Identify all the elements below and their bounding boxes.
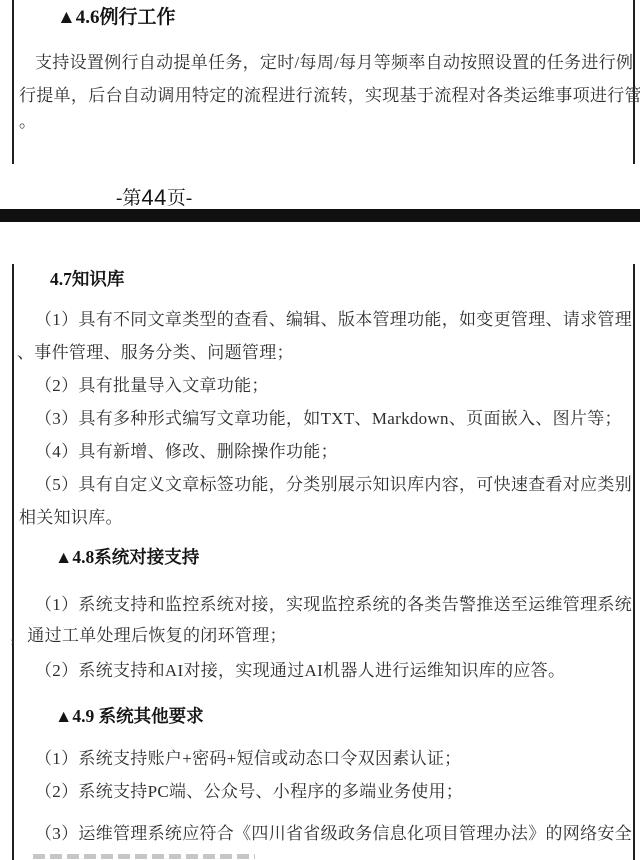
paragraph-line: 支持设置例行自动提单任务，定时/每周/每月等频率自动按照设置的任务进行例: [35, 53, 633, 73]
list-item-line: （2）系统支持PC端、公众号、小程序的多端业务使用；: [35, 782, 463, 802]
section-heading-4-6: ▲4.6例行工作: [57, 7, 176, 29]
page-break-bar: [0, 209, 640, 222]
section-heading-4-9: ▲4.9 系统其他要求: [55, 706, 204, 727]
list-item-line: （2）具有批量导入文章功能；: [35, 376, 269, 396]
clipped-text-line: [33, 854, 255, 859]
list-item-line: 、事件管理、服务分类、问题管理；: [17, 343, 294, 363]
paragraph-line: 。: [19, 112, 36, 132]
page-number-prefix: -第: [116, 188, 141, 209]
list-item-line: （1）系统支持和监控系统对接，实现监控系统的各类告警推送至运维管理系统: [35, 595, 632, 615]
list-item-line: （5）具有自定义文章标签功能，分类别展示知识库内容，可快速查看对应类别: [35, 475, 632, 495]
section-heading-4-7: 4.7知识库: [50, 269, 124, 290]
cell-border-right: [633, 0, 635, 164]
page-number: -第44页-: [116, 183, 192, 210]
list-item-line: ，通过工单处理后恢复的闭环管理；: [10, 626, 287, 646]
cell-border-right: [633, 264, 635, 860]
page-number-value: 44: [141, 185, 166, 210]
document-viewport: ▲4.6例行工作 支持设置例行自动提单任务，定时/每周/每月等频率自动按照设置的…: [0, 0, 640, 860]
list-item-line: （2）系统支持和AI对接，实现通过AI机器人进行运维知识库的应答。: [35, 661, 565, 681]
list-item-line: （1）系统支持账户+密码+短信或动态口令双因素认证；: [35, 749, 461, 769]
list-item-line: （3）运维管理系统应符合《四川省省级政务信息化项目管理办法》的网络安全: [35, 824, 632, 844]
list-item-line: 相关知识库。: [19, 508, 123, 528]
list-item-line: （4）具有新增、修改、删除操作功能；: [35, 442, 338, 462]
list-item-line: （1）具有不同文章类型的查看、编辑、版本管理功能，如变更管理、请求管理: [35, 310, 632, 330]
paragraph-line: 行提单，后台自动调用特定的流程进行流转，实现基于流程对各类运维事项进行管控: [19, 86, 640, 106]
page-number-suffix: 页-: [167, 188, 192, 209]
cell-border-left: [12, 264, 14, 860]
list-item-line: （3）具有多种形式编写文章功能，如TXT、Markdown、页面嵌入、图片等；: [35, 409, 622, 429]
section-heading-4-8: ▲4.8系统对接支持: [55, 547, 199, 568]
cell-border-left: [12, 0, 14, 164]
